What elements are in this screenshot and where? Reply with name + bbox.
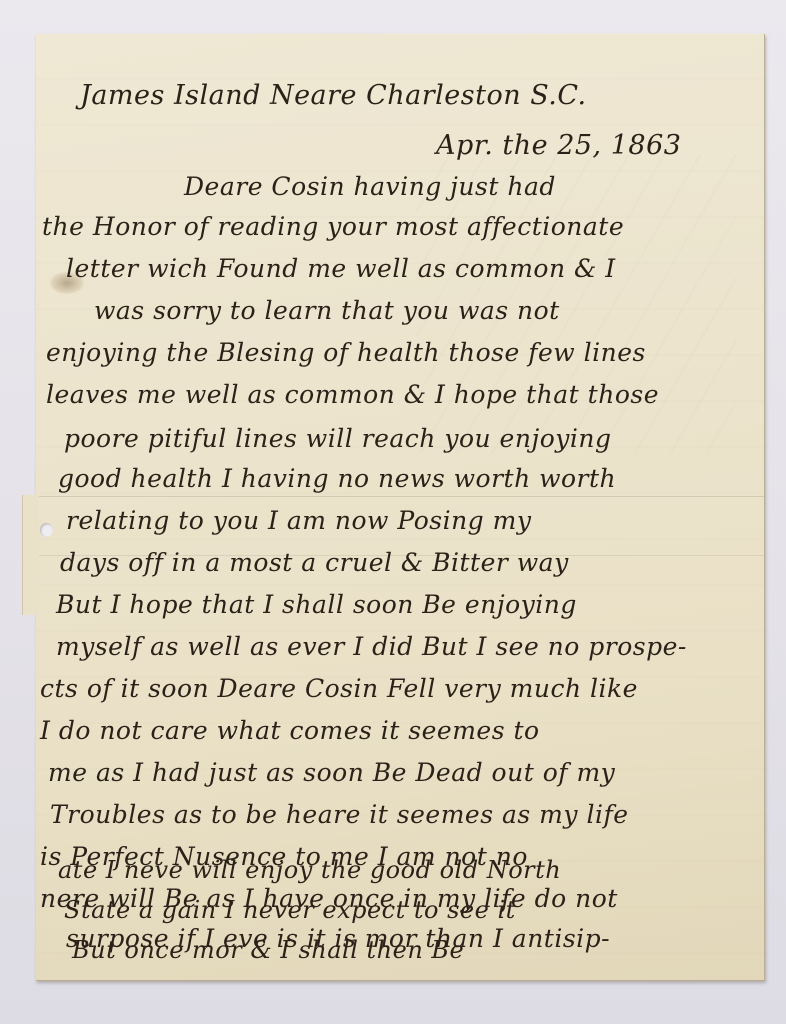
- torn-paper-edge: [22, 495, 39, 615]
- letter-line: But I hope that I shall soon Be enjoying: [56, 592, 577, 617]
- letter-line: days off in a most a cruel & Bitter way: [60, 550, 569, 575]
- letter-date: Apr. the 25, 1863: [436, 132, 681, 159]
- letter-line: Deare Cosin having just had: [184, 174, 556, 199]
- letter-line: relating to you I am now Posing my: [66, 508, 531, 533]
- letter-place: James Island Neare Charleston S.C.: [80, 82, 587, 109]
- letter-line: enjoying the Blesing of health those few…: [46, 340, 646, 365]
- letter-line: I do not care what comes it seemes to: [40, 718, 540, 743]
- letter-line: good health I having no news worth worth: [58, 466, 616, 491]
- letter-line: But once mor & I shall then Be: [72, 938, 464, 962]
- letter-line: State a gain I never expect to see it: [64, 898, 516, 922]
- letter-line: was sorry to learn that you was not: [94, 298, 560, 323]
- letter-line: ate I neve will enjoy the good old North: [58, 858, 561, 882]
- letter-line: Troubles as to be heare it seemes as my …: [50, 802, 629, 827]
- letter-line: poore pitiful lines will reach you enjoy…: [64, 426, 611, 451]
- letter-line: me as I had just as soon Be Dead out of …: [48, 760, 615, 785]
- letter-line: the Honor of reading your most affection…: [42, 214, 624, 239]
- letter-line: letter wich Found me well as common & I: [66, 256, 616, 281]
- punch-hole: [40, 523, 53, 537]
- letter-page: James Island Neare Charleston S.C. Apr. …: [36, 34, 765, 981]
- letter-line: myself as well as ever I did But I see n…: [56, 634, 687, 659]
- letter-line: cts of it soon Deare Cosin Fell very muc…: [40, 676, 638, 701]
- letter-line: leaves me well as common & I hope that t…: [46, 382, 659, 407]
